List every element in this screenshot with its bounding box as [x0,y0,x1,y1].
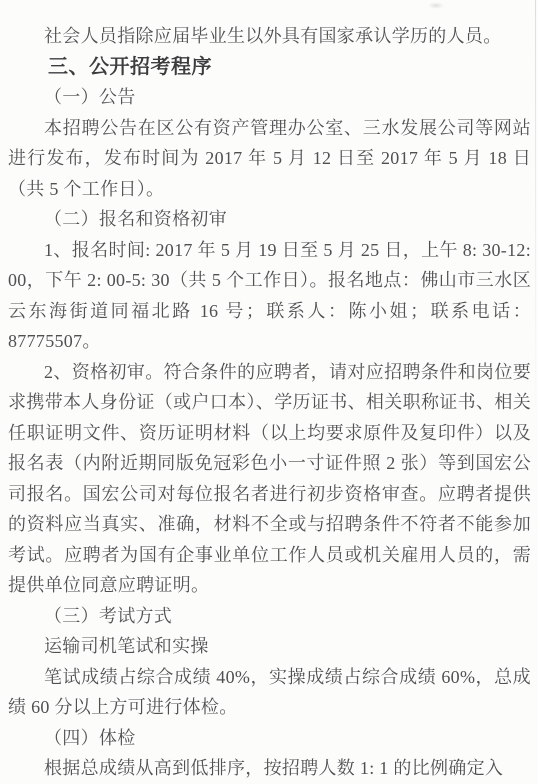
paragraph-driver-exam: 运输司机笔试和实操 [8,631,531,662]
scanned-document-page: 社会人员指除应届毕业生以外具有国家承认学历的人员。 三、公开招考程序 （一）公告… [0,0,538,784]
document-content: 社会人员指除应届毕业生以外具有国家承认学历的人员。 三、公开招考程序 （一）公告… [0,0,538,784]
paragraph-score-weights: 笔试成绩占综合成绩 40%，实操成绩占综合成绩 60%，总成绩 60 分以上方可… [8,662,531,723]
paragraph-announcement-details: 本招聘公告在区公有资产管理办公室、三水发展公司等网站进行发布，发布时间为 201… [8,113,531,205]
subsection-announcement: （一）公告 [8,82,531,113]
paragraph-ranking-ratio: 根据总成绩从高到低排序，按招聘人数 1: 1 的比例确定入 [8,753,531,784]
paragraph-registration-time: 1、报名时间: 2017 年 5 月 19 日至 5 月 25 日，上午 8: … [8,235,531,357]
section-heading-recruitment-procedure: 三、公开招考程序 [8,52,531,83]
subsection-physical-exam: （四）体检 [8,723,531,754]
paragraph-social-personnel-note: 社会人员指除应届毕业生以外具有国家承认学历的人员。 [8,21,531,52]
subsection-exam-method: （三）考试方式 [8,601,531,632]
paragraph-qualification-review: 2、资格初审。符合条件的应聘者，请对应招聘条件和岗位要求携带本人身份证（或户口本… [8,357,531,601]
subsection-registration-review: （二）报名和资格初审 [8,204,531,235]
